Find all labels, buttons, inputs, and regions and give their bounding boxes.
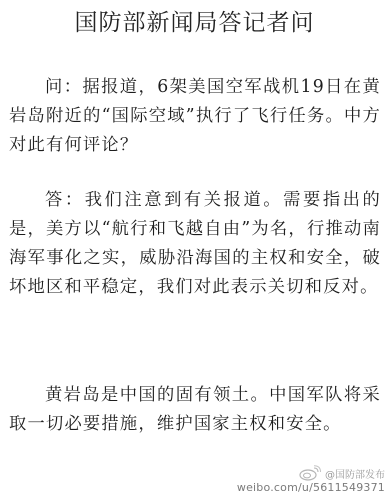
statement-paragraph: 黄岩岛是中国的固有领土。中国军队将采取一切必要措施，维护国家主权和安全。 bbox=[9, 381, 381, 439]
watermark-handle: @国防部发布 bbox=[325, 466, 385, 481]
weibo-logo-icon bbox=[298, 465, 322, 481]
weibo-watermark: @国防部发布 weibo.com/u/5611549371 bbox=[237, 465, 385, 494]
question-paragraph: 问：据报道，6架美国空军战机19日在黄岩岛附近的“国际空域”执行了飞行任务。中方… bbox=[9, 73, 381, 160]
watermark-url: weibo.com/u/5611549371 bbox=[237, 481, 385, 494]
watermark-handle-row: @国防部发布 bbox=[237, 465, 385, 481]
answer-paragraph: 答：我们注意到有关报道。需要指出的是，美方以“航行和飞越自由”为名，行推动南海军… bbox=[9, 186, 381, 302]
page-title: 国防部新闻局答记者问 bbox=[0, 8, 389, 38]
